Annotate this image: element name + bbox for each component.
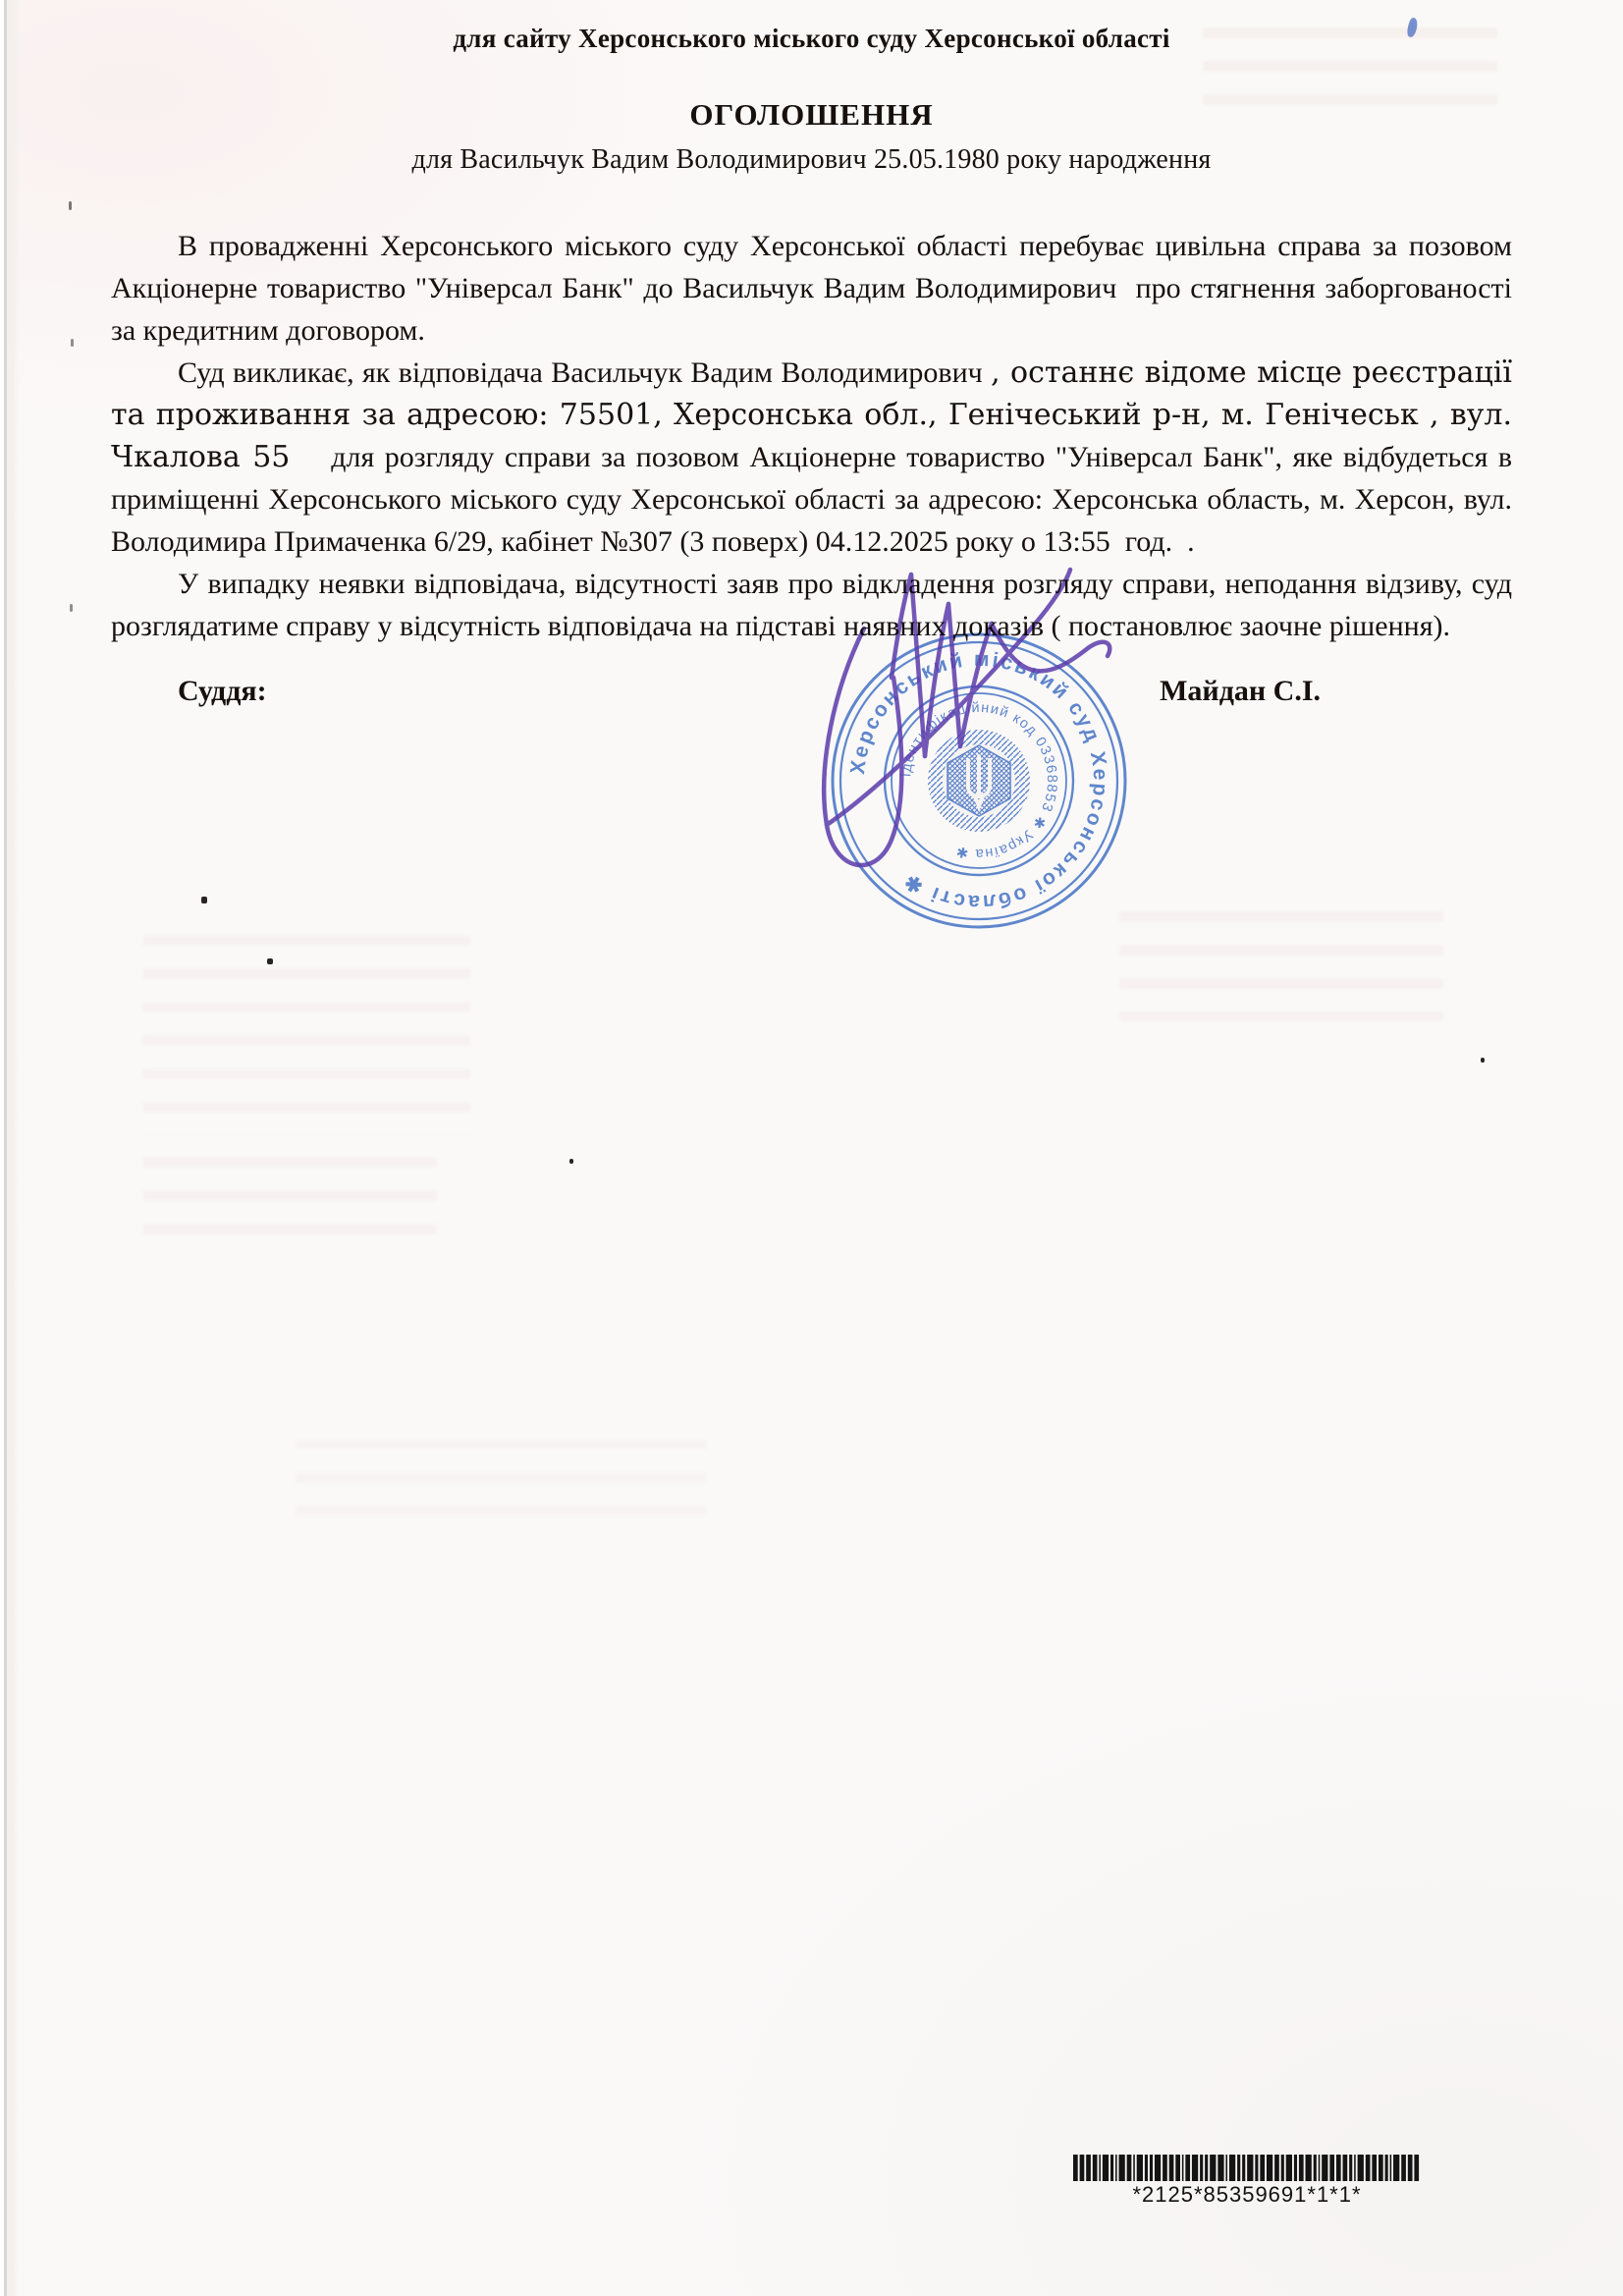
text-run: В провадженні Херсонського міського суду… <box>111 230 1520 347</box>
bleed-through-text <box>142 935 471 1136</box>
barcode-bars <box>1073 2155 1421 2181</box>
bleed-through-text <box>142 1157 437 1250</box>
scan-speck <box>71 339 74 347</box>
scanned-court-announcement: для сайту Херсонського міського суду Хер… <box>0 0 1623 2296</box>
scan-speck <box>569 1159 573 1164</box>
paragraph: В провадженні Херсонського міського суду… <box>111 225 1512 352</box>
addressee-line: для Васильчук Вадим Володимирович 25.05.… <box>111 144 1512 176</box>
scan-speck <box>267 958 273 964</box>
barcode-label: *2125*85359691*1*1* <box>1073 2182 1421 2208</box>
scan-speck <box>69 201 72 210</box>
scan-speck <box>1481 1058 1485 1063</box>
text-run: Суд викликає, як відповідача Васильчук В… <box>178 356 991 389</box>
stamp-group: Херсонський міський суд Херсонської обла… <box>833 634 1125 927</box>
scan-speck <box>201 897 207 903</box>
scan-edge-shadow <box>0 0 20 2296</box>
header-note: для сайту Херсонського міського суду Хер… <box>111 24 1512 54</box>
barcode: *2125*85359691*1*1* <box>1073 2155 1421 2208</box>
scan-speck <box>70 604 73 612</box>
court-stamp-and-signature: Херсонський міський суд Херсонської обла… <box>736 422 1198 972</box>
bleed-through-text <box>295 1439 707 1517</box>
court-stamp-svg: Херсонський міський суд Херсонської обла… <box>736 422 1198 972</box>
page-title: ОГОЛОШЕННЯ <box>111 97 1512 133</box>
judge-label: Суддя: <box>178 675 267 708</box>
